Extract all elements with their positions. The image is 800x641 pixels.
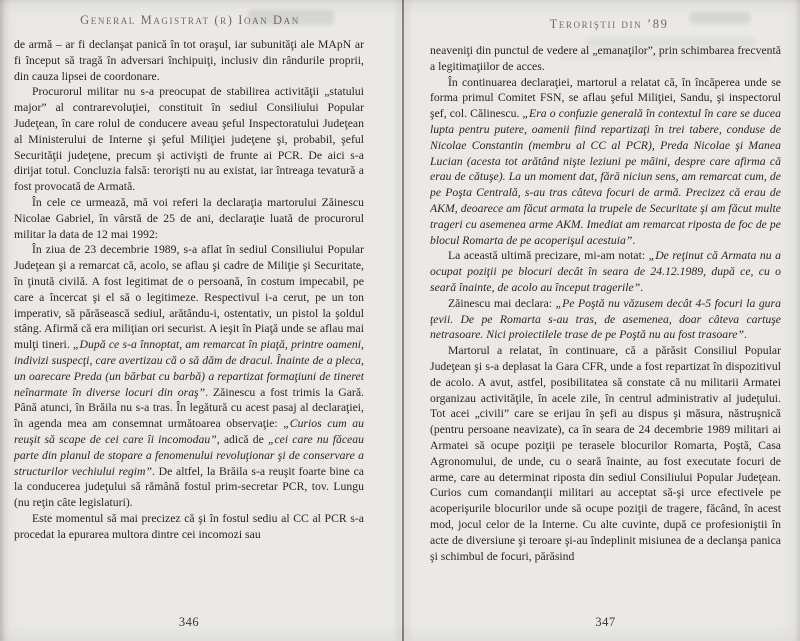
paragraph: Zăinescu mai declara: „Pe Poştă nu văzus…	[430, 296, 781, 343]
body-text-run: .	[640, 281, 643, 294]
paragraph: La această ultimă precizare, mi-am notat…	[430, 248, 781, 295]
quoted-testimony-text: „Era o confuzie generală în contextul în…	[430, 107, 781, 246]
body-text-run: Este momentul să mai precizez că şi în f…	[14, 512, 364, 541]
paragraph: În cele ce urmează, mă voi referi la dec…	[14, 195, 364, 242]
page-gutter-line	[402, 0, 404, 641]
body-text-run: .	[632, 234, 635, 247]
body-text-run: de armă – ar fi declanşat panică în tot …	[14, 38, 364, 83]
body-text-run: În cele ce urmează, mă voi referi la dec…	[14, 196, 364, 241]
body-text-run: În ziua de 23 decembrie 1989, s-a aflat …	[14, 243, 364, 351]
left-page-number: 346	[14, 611, 364, 630]
book-scan: General Magistrat (r) Ioan Dan de armă –…	[0, 0, 800, 641]
body-text-run: Martorul a relatat, în continuare, că a …	[430, 344, 781, 562]
body-text-run: La această ultimă precizare, mi-am notat…	[448, 249, 649, 262]
paragraph: de armă – ar fi declanşat panică în tot …	[14, 37, 364, 84]
right-running-header: Teroriştii din ’89	[433, 17, 785, 32]
right-page: Teroriştii din ’89 neaveniţi din punctul…	[403, 0, 800, 641]
left-running-header: General Magistrat (r) Ioan Dan	[14, 13, 366, 28]
paragraph: Este momentul să mai precizez că şi în f…	[14, 511, 364, 543]
right-text-block: neaveniţi din punctul de vedere al „eman…	[430, 43, 781, 603]
paragraph: Martorul a relatat, în continuare, că a …	[430, 343, 781, 564]
paragraph: neaveniţi din punctul de vedere al „eman…	[430, 43, 781, 75]
body-text-run: .	[744, 328, 747, 341]
left-page: General Magistrat (r) Ioan Dan de armă –…	[0, 0, 400, 641]
paragraph: În continuarea declaraţiei, martorul a r…	[430, 75, 781, 249]
body-text-run: Procurorul militar nu s-a preocupat de s…	[14, 85, 364, 193]
paragraph: Procurorul militar nu s-a preocupat de s…	[14, 84, 364, 195]
body-text-run: , adică de	[217, 433, 268, 446]
body-text-run: neaveniţi din punctul de vedere al „eman…	[430, 44, 781, 73]
body-text-run: Zăinescu mai declara:	[448, 297, 556, 310]
paragraph: În ziua de 23 decembrie 1989, s-a aflat …	[14, 242, 364, 511]
left-text-block: de armă – ar fi declanşat panică în tot …	[14, 37, 364, 589]
right-page-number: 347	[430, 611, 781, 630]
